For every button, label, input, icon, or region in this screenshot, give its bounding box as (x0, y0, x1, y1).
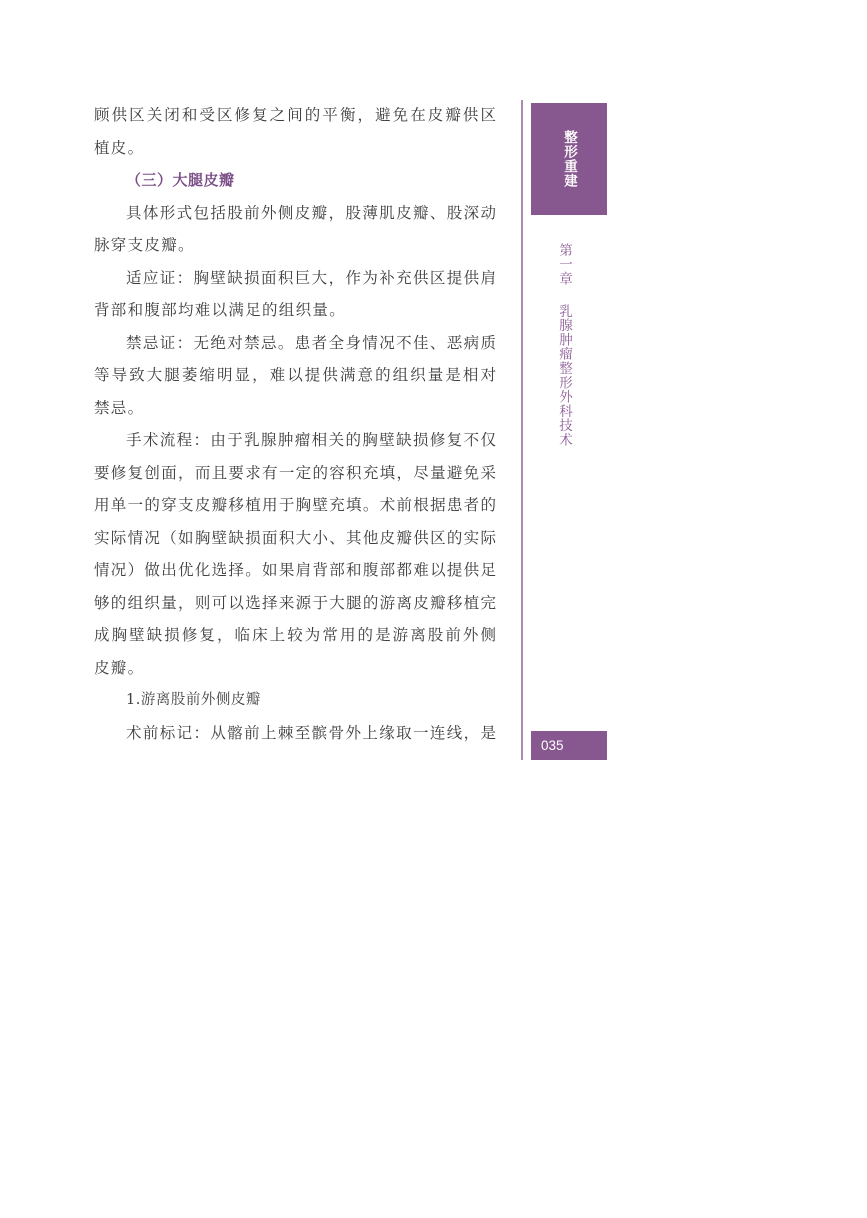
paragraph-line: 禁忌证：无绝对禁忌。患者全身情况不佳、恶病质 (94, 327, 496, 360)
paragraph-line: 具体形式包括股前外侧皮瓣，股薄肌皮瓣、股深动 (94, 197, 496, 230)
paragraph-line: 手术流程：由于乳腺肿瘤相关的胸壁缺损修复不仅 (94, 424, 496, 457)
section-tab: 整形重建 (531, 103, 607, 215)
paragraph-line: 术前标记：从髂前上棘至髌骨外上缘取一连线，是 (94, 717, 496, 750)
chapter-running-head: 第一章乳腺肿瘤整形外科技术 (555, 243, 573, 447)
section-tab-label: 整形重建 (559, 130, 579, 188)
paragraph-line: 成胸壁缺损修复，临床上较为常用的是游离股前外侧 (94, 619, 496, 652)
paragraph-line: 实际情况（如胸壁缺损面积大小、其他皮瓣供区的实际 (94, 522, 496, 555)
paragraph-line: 背部和腹部均难以满足的组织量。 (94, 294, 496, 327)
paragraph-line: 用单一的穿支皮瓣移植用于胸壁充填。术前根据患者的 (94, 489, 496, 522)
chapter-number: 第一章 (556, 243, 572, 286)
paragraph-line: 皮瓣。 (94, 652, 496, 685)
book-page: 顾供区关闭和受区修复之间的平衡，避免在皮瓣供区 植皮。 （三）大腿皮瓣 具体形式… (0, 0, 867, 1218)
margin-divider (521, 100, 523, 760)
subsection-heading: 1.游离股前外侧皮瓣 (94, 684, 496, 717)
paragraph-line: 够的组织量，则可以选择来源于大腿的游离皮瓣移植完 (94, 587, 496, 620)
paragraph-line: 植皮。 (94, 132, 496, 165)
paragraph-line: 情况）做出优化选择。如果肩背部和腹部都难以提供足 (94, 554, 496, 587)
page-number: 035 (531, 731, 607, 760)
paragraph-line: 禁忌。 (94, 392, 496, 425)
paragraph-line: 顾供区关闭和受区修复之间的平衡，避免在皮瓣供区 (94, 99, 496, 132)
paragraph-line: 要修复创面，而且要求有一定的容积充填，尽量避免采 (94, 457, 496, 490)
paragraph-line: 适应证：胸壁缺损面积巨大，作为补充供区提供肩 (94, 262, 496, 295)
paragraph-line: 等导致大腿萎缩明显，难以提供满意的组织量是相对 (94, 359, 496, 392)
chapter-title: 乳腺肿瘤整形外科技术 (556, 304, 572, 447)
section-heading: （三）大腿皮瓣 (94, 164, 496, 197)
paragraph-line: 脉穿支皮瓣。 (94, 229, 496, 262)
body-text: 顾供区关闭和受区修复之间的平衡，避免在皮瓣供区 植皮。 （三）大腿皮瓣 具体形式… (94, 99, 496, 749)
